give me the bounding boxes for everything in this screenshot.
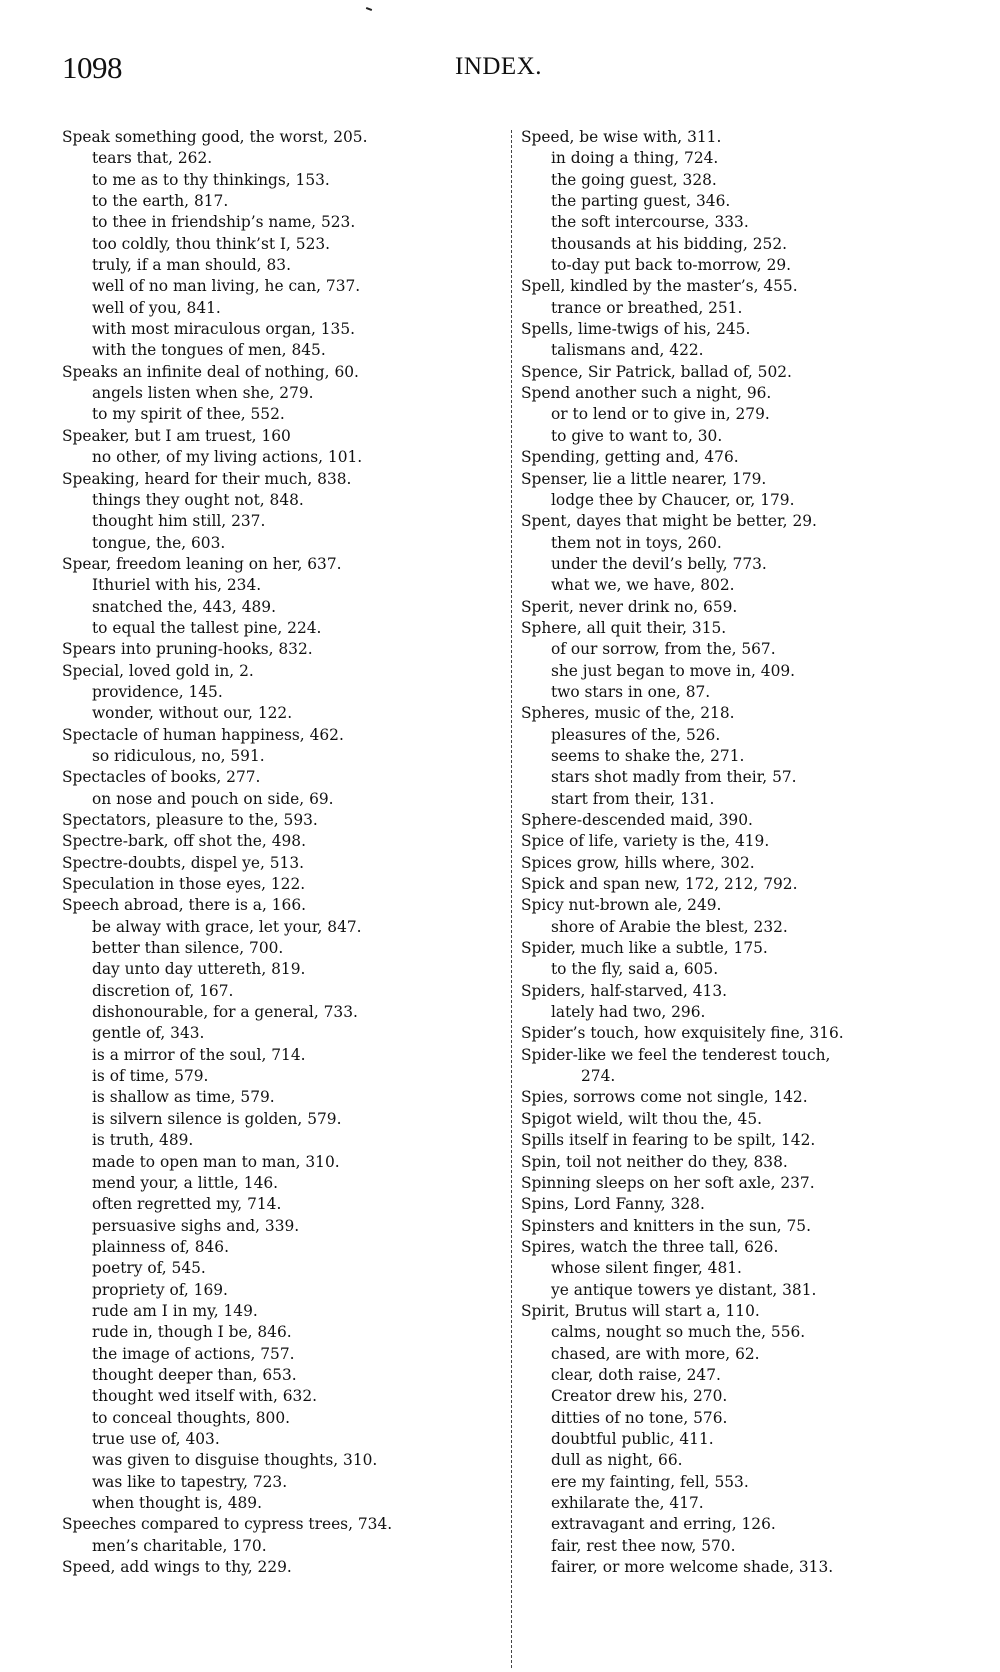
index-entry: Spicy nut-brown ale, 249. bbox=[521, 895, 961, 916]
index-subentry: to conceal thoughts, 800. bbox=[62, 1408, 507, 1429]
column-divider bbox=[511, 130, 512, 1668]
index-subentry: chased, are with more, 62. bbox=[521, 1344, 961, 1365]
index-subentry: ditties of no tone, 576. bbox=[521, 1408, 961, 1429]
index-subentry: was like to tapestry, 723. bbox=[62, 1472, 507, 1493]
index-subentry: persuasive sighs and, 339. bbox=[62, 1216, 507, 1237]
index-entry: Spheres, music of the, 218. bbox=[521, 703, 961, 724]
index-entry: Spiders, half-starved, 413. bbox=[521, 981, 961, 1002]
index-subentry: better than silence, 700. bbox=[62, 938, 507, 959]
index-subentry: in doing a thing, 724. bbox=[521, 148, 961, 169]
page-header: 1098 INDEX. bbox=[0, 50, 1000, 90]
index-entry: Spinning sleeps on her soft axle, 237. bbox=[521, 1173, 961, 1194]
index-subentry: providence, 145. bbox=[62, 682, 507, 703]
index-entry: Speech abroad, there is a, 166. bbox=[62, 895, 507, 916]
index-subentry: lodge thee by Chaucer, or, 179. bbox=[521, 490, 961, 511]
index-subentry: be alway with grace, let your, 847. bbox=[62, 917, 507, 938]
index-subentry: to thee in friendship’s name, 523. bbox=[62, 212, 507, 233]
index-entry: Spills itself in fearing to be spilt, 14… bbox=[521, 1130, 961, 1151]
index-entry: Spick and span new, 172, 212, 792. bbox=[521, 874, 961, 895]
index-subentry: men’s charitable, 170. bbox=[62, 1536, 507, 1557]
index-entry: Spectators, pleasure to the, 593. bbox=[62, 810, 507, 831]
index-subentry: or to lend or to give in, 279. bbox=[521, 404, 961, 425]
index-subentry: gentle of, 343. bbox=[62, 1023, 507, 1044]
index-subentry: rude in, though I be, 846. bbox=[62, 1322, 507, 1343]
index-subentry: with the tongues of men, 845. bbox=[62, 340, 507, 361]
index-subentry: with most miraculous organ, 135. bbox=[62, 319, 507, 340]
index-subentry: thought wed itself with, 632. bbox=[62, 1386, 507, 1407]
running-title: INDEX. bbox=[455, 53, 542, 81]
index-entry: Spider, much like a subtle, 175. bbox=[521, 938, 961, 959]
index-subentry: thought him still, 237. bbox=[62, 511, 507, 532]
index-subentry: rude am I in my, 149. bbox=[62, 1301, 507, 1322]
print-speck bbox=[366, 7, 372, 11]
index-entry: Spectre-doubts, dispel ye, 513. bbox=[62, 853, 507, 874]
index-subentry: to equal the tallest pine, 224. bbox=[62, 618, 507, 639]
index-subentry: she just began to move in, 409. bbox=[521, 661, 961, 682]
index-subentry: the soft intercourse, 333. bbox=[521, 212, 961, 233]
index-subentry: tears that, 262. bbox=[62, 148, 507, 169]
index-subentry: to me as to thy thinkings, 153. bbox=[62, 170, 507, 191]
index-subentry: to-day put back to-morrow, 29. bbox=[521, 255, 961, 276]
index-subentry: day unto day uttereth, 819. bbox=[62, 959, 507, 980]
index-entry: Speculation in those eyes, 122. bbox=[62, 874, 507, 895]
index-subentry: wonder, without our, 122. bbox=[62, 703, 507, 724]
index-subentry: thought deeper than, 653. bbox=[62, 1365, 507, 1386]
index-subentry: angels listen when she, 279. bbox=[62, 383, 507, 404]
index-entry: Spirit, Brutus will start a, 110. bbox=[521, 1301, 961, 1322]
index-subentry: well of you, 841. bbox=[62, 298, 507, 319]
index-entry: Sphere-descended maid, 390. bbox=[521, 810, 961, 831]
index-subentry: stars shot madly from their, 57. bbox=[521, 767, 961, 788]
index-subentry: mend your, a little, 146. bbox=[62, 1173, 507, 1194]
index-subentry: Creator drew his, 270. bbox=[521, 1386, 961, 1407]
index-entry: Spectacle of human happiness, 462. bbox=[62, 725, 507, 746]
index-subentry: made to open man to man, 310. bbox=[62, 1152, 507, 1173]
page-number: 1098 bbox=[62, 50, 122, 86]
index-subentry: is shallow as time, 579. bbox=[62, 1087, 507, 1108]
index-subentry: exhilarate the, 417. bbox=[521, 1493, 961, 1514]
index-entry: Spins, Lord Fanny, 328. bbox=[521, 1194, 961, 1215]
index-subentry: whose silent finger, 481. bbox=[521, 1258, 961, 1279]
index-subentry: so ridiculous, no, 591. bbox=[62, 746, 507, 767]
index-subentry: the parting guest, 346. bbox=[521, 191, 961, 212]
index-subentry: dishonourable, for a general, 733. bbox=[62, 1002, 507, 1023]
index-entry: Spies, sorrows come not single, 142. bbox=[521, 1087, 961, 1108]
index-subentry: too coldly, thou think’st I, 523. bbox=[62, 234, 507, 255]
index-subentry: often regretted my, 714. bbox=[62, 1194, 507, 1215]
index-entry: Spigot wield, wilt thou the, 45. bbox=[521, 1109, 961, 1130]
index-subentry: to the earth, 817. bbox=[62, 191, 507, 212]
index-subentry: fairer, or more welcome shade, 313. bbox=[521, 1557, 961, 1578]
index-subentry: discretion of, 167. bbox=[62, 981, 507, 1002]
index-column-left: Speak something good, the worst, 205.tea… bbox=[62, 127, 507, 1578]
index-subentry: on nose and pouch on side, 69. bbox=[62, 789, 507, 810]
index-subentry: snatched the, 443, 489. bbox=[62, 597, 507, 618]
index-subentry: two stars in one, 87. bbox=[521, 682, 961, 703]
index-entry: Spend another such a night, 96. bbox=[521, 383, 961, 404]
index-entry: Spending, getting and, 476. bbox=[521, 447, 961, 468]
index-subentry: Ithuriel with his, 234. bbox=[62, 575, 507, 596]
index-subentry: pleasures of the, 526. bbox=[521, 725, 961, 746]
index-subentry: talismans and, 422. bbox=[521, 340, 961, 361]
index-entry: Speaking, heard for their much, 838. bbox=[62, 469, 507, 490]
index-column-right: Speed, be wise with, 311.in doing a thin… bbox=[521, 127, 961, 1578]
index-subentry: fair, rest thee now, 570. bbox=[521, 1536, 961, 1557]
index-subentry: is silvern silence is golden, 579. bbox=[62, 1109, 507, 1130]
index-entry: Spears into pruning-hooks, 832. bbox=[62, 639, 507, 660]
index-entry: Sphere, all quit their, 315. bbox=[521, 618, 961, 639]
index-subentry: thousands at his bidding, 252. bbox=[521, 234, 961, 255]
index-subentry: is of time, 579. bbox=[62, 1066, 507, 1087]
index-entry: Spent, dayes that might be better, 29. bbox=[521, 511, 961, 532]
index-entry: Spell, kindled by the master’s, 455. bbox=[521, 276, 961, 297]
index-subentry: was given to disguise thoughts, 310. bbox=[62, 1450, 507, 1471]
index-subentry: them not in toys, 260. bbox=[521, 533, 961, 554]
index-entry: Speeches compared to cypress trees, 734. bbox=[62, 1514, 507, 1535]
index-entry: Spires, watch the three tall, 626. bbox=[521, 1237, 961, 1258]
index-entry: Speaks an infinite deal of nothing, 60. bbox=[62, 362, 507, 383]
index-subentry: propriety of, 169. bbox=[62, 1280, 507, 1301]
index-entry: Spider’s touch, how exquisitely fine, 31… bbox=[521, 1023, 961, 1044]
index-entry: Speak something good, the worst, 205. bbox=[62, 127, 507, 148]
index-entry: Spectre-bark, off shot the, 498. bbox=[62, 831, 507, 852]
index-subentry: true use of, 403. bbox=[62, 1429, 507, 1450]
index-subentry: to give to want to, 30. bbox=[521, 426, 961, 447]
index-subentry: ere my fainting, fell, 553. bbox=[521, 1472, 961, 1493]
index-entry: Speed, add wings to thy, 229. bbox=[62, 1557, 507, 1578]
index-subentry: tongue, the, 603. bbox=[62, 533, 507, 554]
index-subentry: to the fly, said a, 605. bbox=[521, 959, 961, 980]
index-subentry: doubtful public, 411. bbox=[521, 1429, 961, 1450]
index-subentry: the going guest, 328. bbox=[521, 170, 961, 191]
index-subentry: calms, nought so much the, 556. bbox=[521, 1322, 961, 1343]
index-subentry: is truth, 489. bbox=[62, 1130, 507, 1151]
index-subentry: plainness of, 846. bbox=[62, 1237, 507, 1258]
index-subentry: of our sorrow, from the, 567. bbox=[521, 639, 961, 660]
index-subentry: the image of actions, 757. bbox=[62, 1344, 507, 1365]
index-entry: Spice of life, variety is the, 419. bbox=[521, 831, 961, 852]
index-subentry: things they ought not, 848. bbox=[62, 490, 507, 511]
index-entry: Spices grow, hills where, 302. bbox=[521, 853, 961, 874]
index-entry: Speed, be wise with, 311. bbox=[521, 127, 961, 148]
index-subentry: lately had two, 296. bbox=[521, 1002, 961, 1023]
index-entry: Special, loved gold in, 2. bbox=[62, 661, 507, 682]
index-subentry: well of no man living, he can, 737. bbox=[62, 276, 507, 297]
index-continuation: 274. bbox=[521, 1066, 961, 1087]
index-entry: Spear, freedom leaning on her, 637. bbox=[62, 554, 507, 575]
index-subentry: what we, we have, 802. bbox=[521, 575, 961, 596]
index-subentry: seems to shake the, 271. bbox=[521, 746, 961, 767]
index-subentry: when thought is, 489. bbox=[62, 1493, 507, 1514]
index-entry: Spider-like we feel the tenderest touch, bbox=[521, 1045, 961, 1066]
index-subentry: dull as night, 66. bbox=[521, 1450, 961, 1471]
index-subentry: trance or breathed, 251. bbox=[521, 298, 961, 319]
index-entry: Speaker, but I am truest, 160 bbox=[62, 426, 507, 447]
index-subentry: is a mirror of the soul, 714. bbox=[62, 1045, 507, 1066]
index-subentry: truly, if a man should, 83. bbox=[62, 255, 507, 276]
index-subentry: no other, of my living actions, 101. bbox=[62, 447, 507, 468]
index-entry: Spells, lime-twigs of his, 245. bbox=[521, 319, 961, 340]
index-subentry: extravagant and erring, 126. bbox=[521, 1514, 961, 1535]
index-entry: Spinsters and knitters in the sun, 75. bbox=[521, 1216, 961, 1237]
index-subentry: ye antique towers ye distant, 381. bbox=[521, 1280, 961, 1301]
index-entry: Sperit, never drink no, 659. bbox=[521, 597, 961, 618]
index-entry: Spin, toil not neither do they, 838. bbox=[521, 1152, 961, 1173]
index-subentry: clear, doth raise, 247. bbox=[521, 1365, 961, 1386]
index-subentry: under the devil’s belly, 773. bbox=[521, 554, 961, 575]
index-entry: Spenser, lie a little nearer, 179. bbox=[521, 469, 961, 490]
index-subentry: start from their, 131. bbox=[521, 789, 961, 810]
index-entry: Spectacles of books, 277. bbox=[62, 767, 507, 788]
index-entry: Spence, Sir Patrick, ballad of, 502. bbox=[521, 362, 961, 383]
index-subentry: poetry of, 545. bbox=[62, 1258, 507, 1279]
index-subentry: to my spirit of thee, 552. bbox=[62, 404, 507, 425]
index-subentry: shore of Arabie the blest, 232. bbox=[521, 917, 961, 938]
